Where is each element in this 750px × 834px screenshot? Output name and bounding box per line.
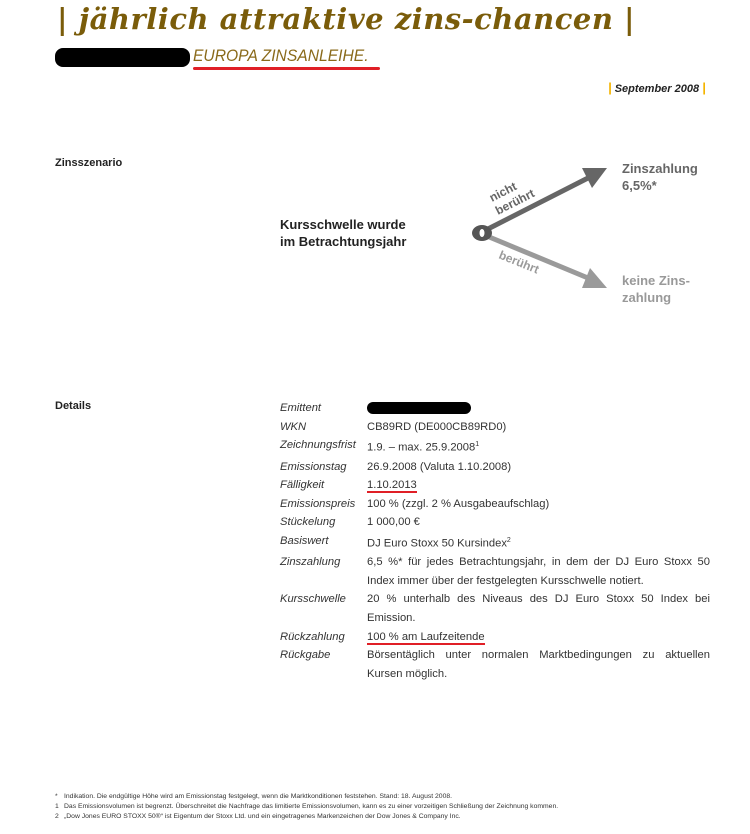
detail-value: CB89RD (DE000CB89RD0) — [367, 418, 710, 437]
detail-value: 100 % am Laufzeitende — [367, 628, 710, 647]
detail-value: 6,5 %* für jedes Betrachtungsjahr, in de… — [367, 553, 710, 590]
detail-key: Rückzahlung — [280, 628, 367, 647]
outcome-lower-line-1: keine Zins- — [622, 272, 690, 289]
detail-row: Zeichnungsfrist1.9. – max. 25.9.20081 — [280, 436, 710, 457]
detail-key: Basiswert — [280, 532, 367, 553]
detail-value: 20 % unterhalb des Niveaus des DJ Euro S… — [367, 590, 710, 627]
detail-value: 1.9. – max. 25.9.20081 — [367, 436, 710, 457]
redacted-issuer-name — [55, 48, 190, 67]
detail-row: Zinszahlung6,5 %* für jedes Betrachtungs… — [280, 553, 710, 590]
page-headline: | jährlich attraktive zins-chancen | — [57, 2, 635, 36]
section-label-details: Details — [55, 400, 91, 412]
detail-row: Rückzahlung100 % am Laufzeitende — [280, 628, 710, 647]
footnote: 2„Dow Jones EURO STOXX 50®“ ist Eigentum… — [55, 812, 558, 822]
detail-key: Fälligkeit — [280, 476, 367, 495]
detail-row: WKNCB89RD (DE000CB89RD0) — [280, 418, 710, 437]
detail-value: Börsentäglich unter normalen Marktbeding… — [367, 646, 710, 683]
footnotes: *Indikation. Die endgültige Höhe wird am… — [55, 792, 558, 822]
outcome-interest-payment: Zinszahlung 6,5%* — [622, 160, 698, 194]
detail-row: Emittent — [280, 399, 710, 418]
section-label-scenario: Zinsszenario — [55, 157, 122, 169]
detail-key: Zeichnungsfrist — [280, 436, 367, 457]
scenario-condition: Kursschwelle wurde im Betrachtungsjahr — [280, 216, 406, 250]
publication-date: | September 2008 | — [608, 80, 706, 95]
date-bar-right: | — [702, 80, 706, 95]
detail-row: BasiswertDJ Euro Stoxx 50 Kursindex2 — [280, 532, 710, 553]
detail-row: Kursschwelle20 % unterhalb des Niveaus d… — [280, 590, 710, 627]
detail-value: 1.10.2013 — [367, 476, 710, 495]
detail-row: Emissionspreis100 % (zzgl. 2 % Ausgabeau… — [280, 495, 710, 514]
detail-value: DJ Euro Stoxx 50 Kursindex2 — [367, 532, 710, 553]
date-bar-left: | — [608, 80, 612, 95]
detail-key: Emittent — [280, 399, 367, 418]
details-table: EmittentWKNCB89RD (DE000CB89RD0)Zeichnun… — [280, 399, 710, 683]
date-text: September 2008 — [615, 83, 699, 95]
outcome-upper-line-2: 6,5%* — [622, 177, 698, 194]
detail-key: Kursschwelle — [280, 590, 367, 627]
detail-value — [367, 399, 710, 418]
detail-key: Zinszahlung — [280, 553, 367, 590]
outcome-upper-line-1: Zinszahlung — [622, 160, 698, 177]
detail-key: Rückgabe — [280, 646, 367, 683]
lower-branch-label: berührt — [497, 248, 541, 277]
product-subtitle: EUROPA ZINSANLEIHE. — [193, 46, 369, 66]
footnote: 1Das Emissionsvolumen ist begrenzt. Über… — [55, 802, 558, 812]
detail-row: Fälligkeit1.10.2013 — [280, 476, 710, 495]
detail-value: 100 % (zzgl. 2 % Ausgabeaufschlag) — [367, 495, 710, 514]
condition-line-2: im Betrachtungsjahr — [280, 233, 406, 250]
outcome-lower-line-2: zahlung — [622, 289, 690, 306]
detail-key: Stückelung — [280, 513, 367, 532]
detail-value: 26.9.2008 (Valuta 1.10.2008) — [367, 458, 710, 477]
detail-value: 1 000,00 € — [367, 513, 710, 532]
condition-line-1: Kursschwelle wurde — [280, 216, 406, 233]
subtitle-underline — [193, 67, 380, 70]
detail-row: Stückelung1 000,00 € — [280, 513, 710, 532]
scenario-branch-diagram: nicht berührt berührt — [460, 160, 620, 300]
detail-key: WKN — [280, 418, 367, 437]
footnote: *Indikation. Die endgültige Höhe wird am… — [55, 792, 558, 802]
detail-row: Emissionstag26.9.2008 (Valuta 1.10.2008) — [280, 458, 710, 477]
detail-key: Emissionspreis — [280, 495, 367, 514]
redacted-issuer — [367, 402, 471, 414]
outcome-no-interest: keine Zins- zahlung — [622, 272, 690, 306]
detail-row: RückgabeBörsentäglich unter normalen Mar… — [280, 646, 710, 683]
detail-key: Emissionstag — [280, 458, 367, 477]
